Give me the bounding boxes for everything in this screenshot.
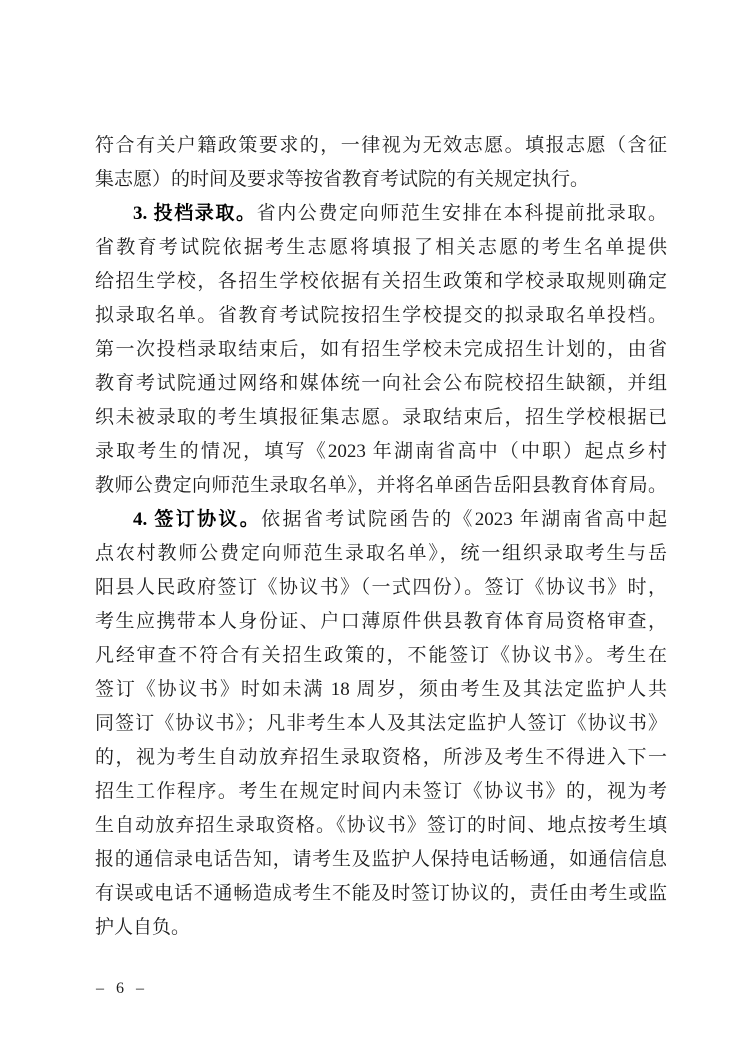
text-line: 考生应携带本人身份证、户口薄原件供县教育体育局资格审查， xyxy=(95,605,667,639)
text-line: 有误或电话不通畅造成考生不能及时签订协议的，责任由考生或监 xyxy=(95,877,667,911)
document-page: 符合有关户籍政策要求的，一律视为无效志愿。填报志愿（含征集志愿）的时间及要求等按… xyxy=(0,0,750,1061)
section-heading-bold: 3. 投档录取。 xyxy=(133,203,257,224)
text-line: 第一次投档录取结束后，如有招生学校未完成招生计划的，由省 xyxy=(95,333,667,367)
text-line: 织未被录取的考生填报征集志愿。录取结束后，招生学校根据已 xyxy=(95,401,667,435)
text-line: 3. 投档录取。省内公费定向师范生安排在本科提前批录取。 xyxy=(95,197,667,231)
text-line: 阳县人民政府签订《协议书》（一式四份）。签订《协议书》时， xyxy=(95,571,667,605)
text-line: 凡经审查不符合有关招生政策的，不能签订《协议书》。考生在 xyxy=(95,639,667,673)
text-line: 生自动放弃招生录取资格。《协议书》签订的时间、地点按考生填 xyxy=(95,809,667,843)
text-line: 同签订《协议书》；凡非考生本人及其法定监护人签订《协议书》 xyxy=(95,707,667,741)
text-line: 的，视为考生自动放弃招生录取资格，所涉及考生不得进入下一 xyxy=(95,741,667,775)
text-line: 点农村教师公费定向师范生录取名单》，统一组织录取考生与岳 xyxy=(95,537,667,571)
document-body: 符合有关户籍政策要求的，一律视为无效志愿。填报志愿（含征集志愿）的时间及要求等按… xyxy=(95,129,667,945)
text-line: 签订《协议书》时如未满 18 周岁，须由考生及其法定监护人共 xyxy=(95,673,667,707)
text-line: 录取考生的情况，填写《2023 年湖南省高中（中职）起点乡村 xyxy=(95,435,667,469)
text-line: 教育考试院通过网络和媒体统一向社会公布院校招生缺额，并组 xyxy=(95,367,667,401)
text-line: 招生工作程序。考生在规定时间内未签订《协议书》的，视为考 xyxy=(95,775,667,809)
text-line: 4. 签订协议。依据省考试院函告的《2023 年湖南省高中起 xyxy=(95,503,667,537)
text-line: 省教育考试院依据考生志愿将填报了相关志愿的考生名单提供 xyxy=(95,231,667,265)
text-line: 护人自负。 xyxy=(95,911,667,945)
text-line: 拟录取名单。省教育考试院按招生学校提交的拟录取名单投档。 xyxy=(95,299,667,333)
text-line: 报的通信录电话告知，请考生及监护人保持电话畅通，如通信信息 xyxy=(95,843,667,877)
text-line: 符合有关户籍政策要求的，一律视为无效志愿。填报志愿（含征 xyxy=(95,129,667,163)
text-line: 给招生学校，各招生学校依据有关招生政策和学校录取规则确定 xyxy=(95,265,667,299)
page-number: – 6 – xyxy=(96,978,148,1000)
section-heading-bold: 4. 签订协议。 xyxy=(133,509,261,530)
text-line: 集志愿）的时间及要求等按省教育考试院的有关规定执行。 xyxy=(95,163,667,197)
text-line: 教师公费定向师范生录取名单》，并将名单函告岳阳县教育体育局。 xyxy=(95,469,667,503)
